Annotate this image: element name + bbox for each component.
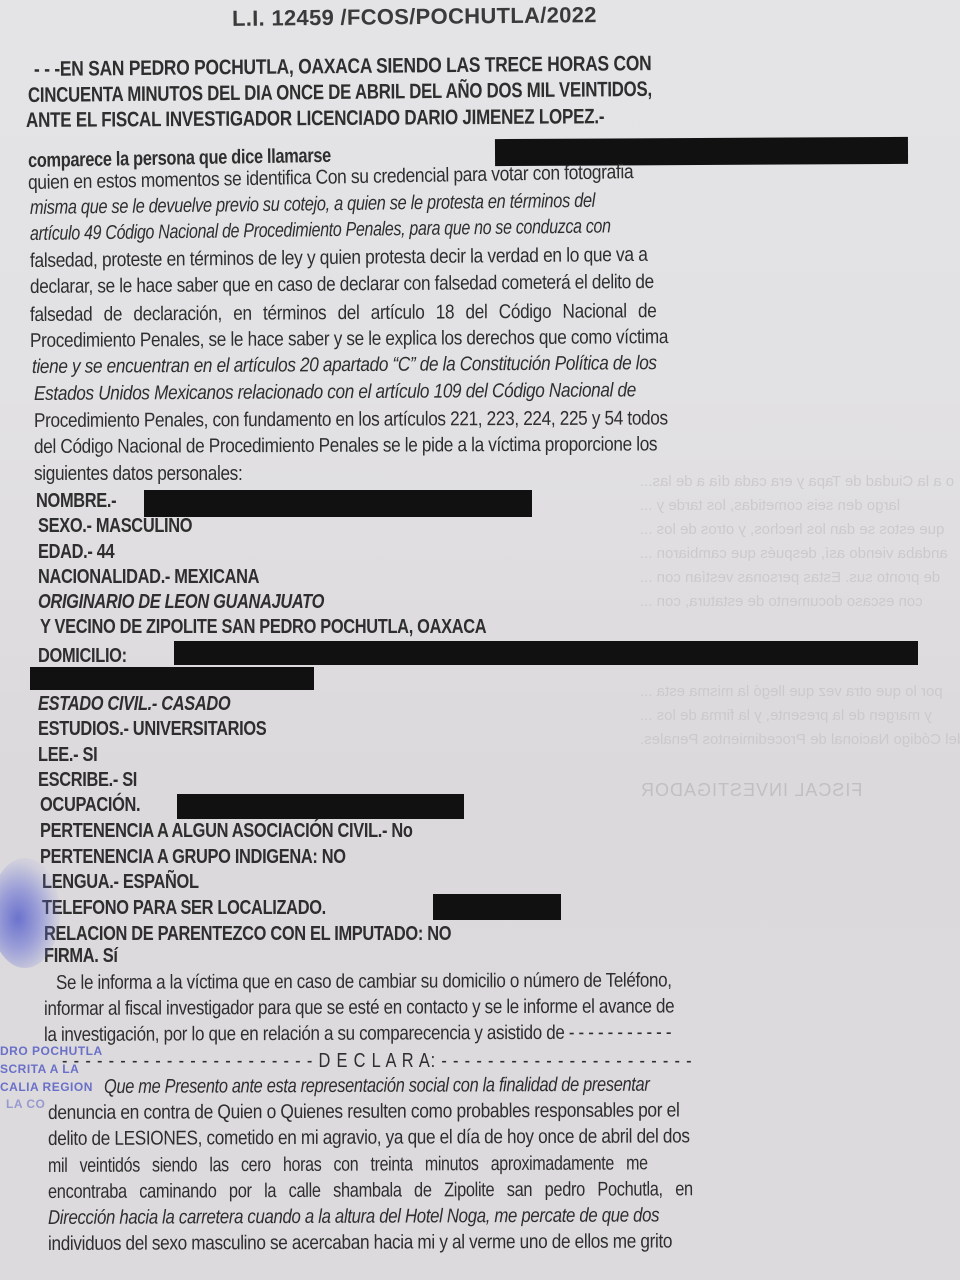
stamp-text-line: CALIA REGION xyxy=(0,1080,93,1094)
field-telefono: TELEFONO PARA SER LOCALIZADO. xyxy=(42,897,326,920)
field-lengua: LENGUA.- ESPAÑOL xyxy=(42,871,199,894)
field-originario: ORIGINARIO DE LEON GUANAJUATO xyxy=(38,591,324,614)
body-line: declarar, se le hace saber que en caso d… xyxy=(30,271,654,299)
case-reference-number: L.I. 12459 /FCOS/POCHUTLA/2022 xyxy=(232,2,597,32)
body-line: del Código Nacional de Procedimiento Pen… xyxy=(34,433,657,459)
bleed-through-text: o a la Ciudad de Tapa y era cada día a d… xyxy=(640,470,954,494)
bleed-through-text: del Código Nacional de Procedimientos Pe… xyxy=(640,728,960,752)
redaction-bar-domicilio xyxy=(174,641,918,665)
declaration-line: delito de LESIONES, cometido en mi agrav… xyxy=(48,1125,690,1151)
field-sexo: SEXO.- MASCULINO xyxy=(38,515,192,538)
body-line: siguientes datos personales: xyxy=(34,463,242,486)
field-nacionalidad: NACIONALIDAD.- MEXICANA xyxy=(38,566,259,589)
field-escribe: ESCRIBE.- SI xyxy=(38,769,137,792)
body-line: falsedad, proteste en términos de ley y … xyxy=(30,244,648,273)
bleed-through-text: por lo que otra vez que llegó la misma e… xyxy=(640,680,943,704)
field-asociacion-civil: PERTENENCIA A ALGUN ASOCIACIÓN CIVIL.- N… xyxy=(40,820,413,843)
body-line: falsedad de declaración, en términos del… xyxy=(30,300,657,327)
body-line: misma que se le devuelve previo su cotej… xyxy=(30,190,595,220)
notice-line: Se le informa a la víctima que en caso d… xyxy=(56,969,672,995)
notice-line: la investigación, por lo que en relación… xyxy=(44,1021,671,1047)
declaration-line: Que me Presento ante esta representación… xyxy=(104,1074,650,1099)
field-vecino: Y VECINO DE ZIPOLITE SAN PEDRO POCHUTLA,… xyxy=(40,616,486,639)
declaration-line: mil veintidós siendo las cero horas con … xyxy=(48,1152,648,1178)
intro-line: ANTE EL FISCAL INVESTIGADOR LICENCIADO D… xyxy=(26,105,604,133)
declaration-line: Dirección hacia la carretera cuando a la… xyxy=(48,1204,659,1230)
declaration-line: individuos del sexo masculino se acercab… xyxy=(48,1230,672,1256)
field-edad: EDAD.- 44 xyxy=(38,541,114,564)
field-firma: FIRMA. Sí xyxy=(44,945,118,968)
field-ocupacion: OCUPACIÓN. xyxy=(40,794,140,817)
declaration-line: encontraba caminando por la calle shamba… xyxy=(48,1178,693,1204)
field-estudios: ESTUDIOS.- UNIVERSITARIOS xyxy=(38,718,266,741)
field-nombre: NOMBRE.- xyxy=(36,490,116,513)
body-line: Procedimiento Penales, se le hace saber … xyxy=(30,326,668,353)
body-line: artículo 49 Código Nacional de Procedimi… xyxy=(30,215,611,246)
redaction-bar-domicilio-cont xyxy=(30,667,314,690)
redaction-bar-nombre xyxy=(144,490,532,517)
body-line: Procedimiento Penales, con fundamento en… xyxy=(34,407,668,433)
redaction-bar-telefono xyxy=(433,894,561,920)
redaction-bar-ocupacion xyxy=(177,794,464,819)
declaration-line: denuncia en contra de Quien o Quienes re… xyxy=(48,1099,680,1125)
bleed-through-signature-label: FISCAL INVESTIGADOR xyxy=(640,780,862,801)
stamp-text-line: LA CO xyxy=(6,1097,45,1111)
field-parentezco: RELACION DE PARENTEZCO CON EL IMPUTADO: … xyxy=(44,923,451,946)
field-domicilio: DOMICILIO: xyxy=(38,645,127,668)
bleed-through-text: con escaso documento de estatura, con ..… xyxy=(640,590,923,614)
field-grupo-indigena: PERTENENCIA A GRUPO INDIGENA: NO xyxy=(40,846,346,869)
stamp-text-line: DRO POCHUTLA xyxy=(0,1044,103,1058)
declara-heading: - - - - - - - - - - - - - - - - - - - - … xyxy=(62,1050,692,1073)
bleed-through-text: y margen de la presente, y la firma de l… xyxy=(640,704,932,728)
body-line: tiene y se encuentran en el artículos 20… xyxy=(32,352,657,379)
intro-line: - - -EN SAN PEDRO POCHUTLA, OAXACA SIEND… xyxy=(34,52,652,82)
bleed-through-text: de pronto sus. Estas personas vestían co… xyxy=(640,566,940,590)
notice-line: informar al fiscal investigador para que… xyxy=(44,995,674,1021)
bleed-through-text: que estos se dan los hechos, y otros de … xyxy=(640,518,944,542)
field-lee: LEE.- SI xyxy=(38,744,97,767)
bleed-through-text: andaba viendo así, después que cambiaron… xyxy=(640,542,948,566)
body-line: Estados Unidos Mexicanos relacionado con… xyxy=(34,379,636,406)
intro-line: CINCUENTA MINUTOS DEL DIA ONCE DE ABRIL … xyxy=(28,78,652,108)
bleed-through-text: largo den seis cometidas, los tarde y ..… xyxy=(640,494,900,518)
stamp-text-line: SCRITA A LA xyxy=(0,1062,79,1076)
scanned-document-page: o a la Ciudad de Tapa y era cada día a d… xyxy=(0,0,960,1280)
field-estado-civil: ESTADO CIVIL.- CASADO xyxy=(38,693,230,716)
